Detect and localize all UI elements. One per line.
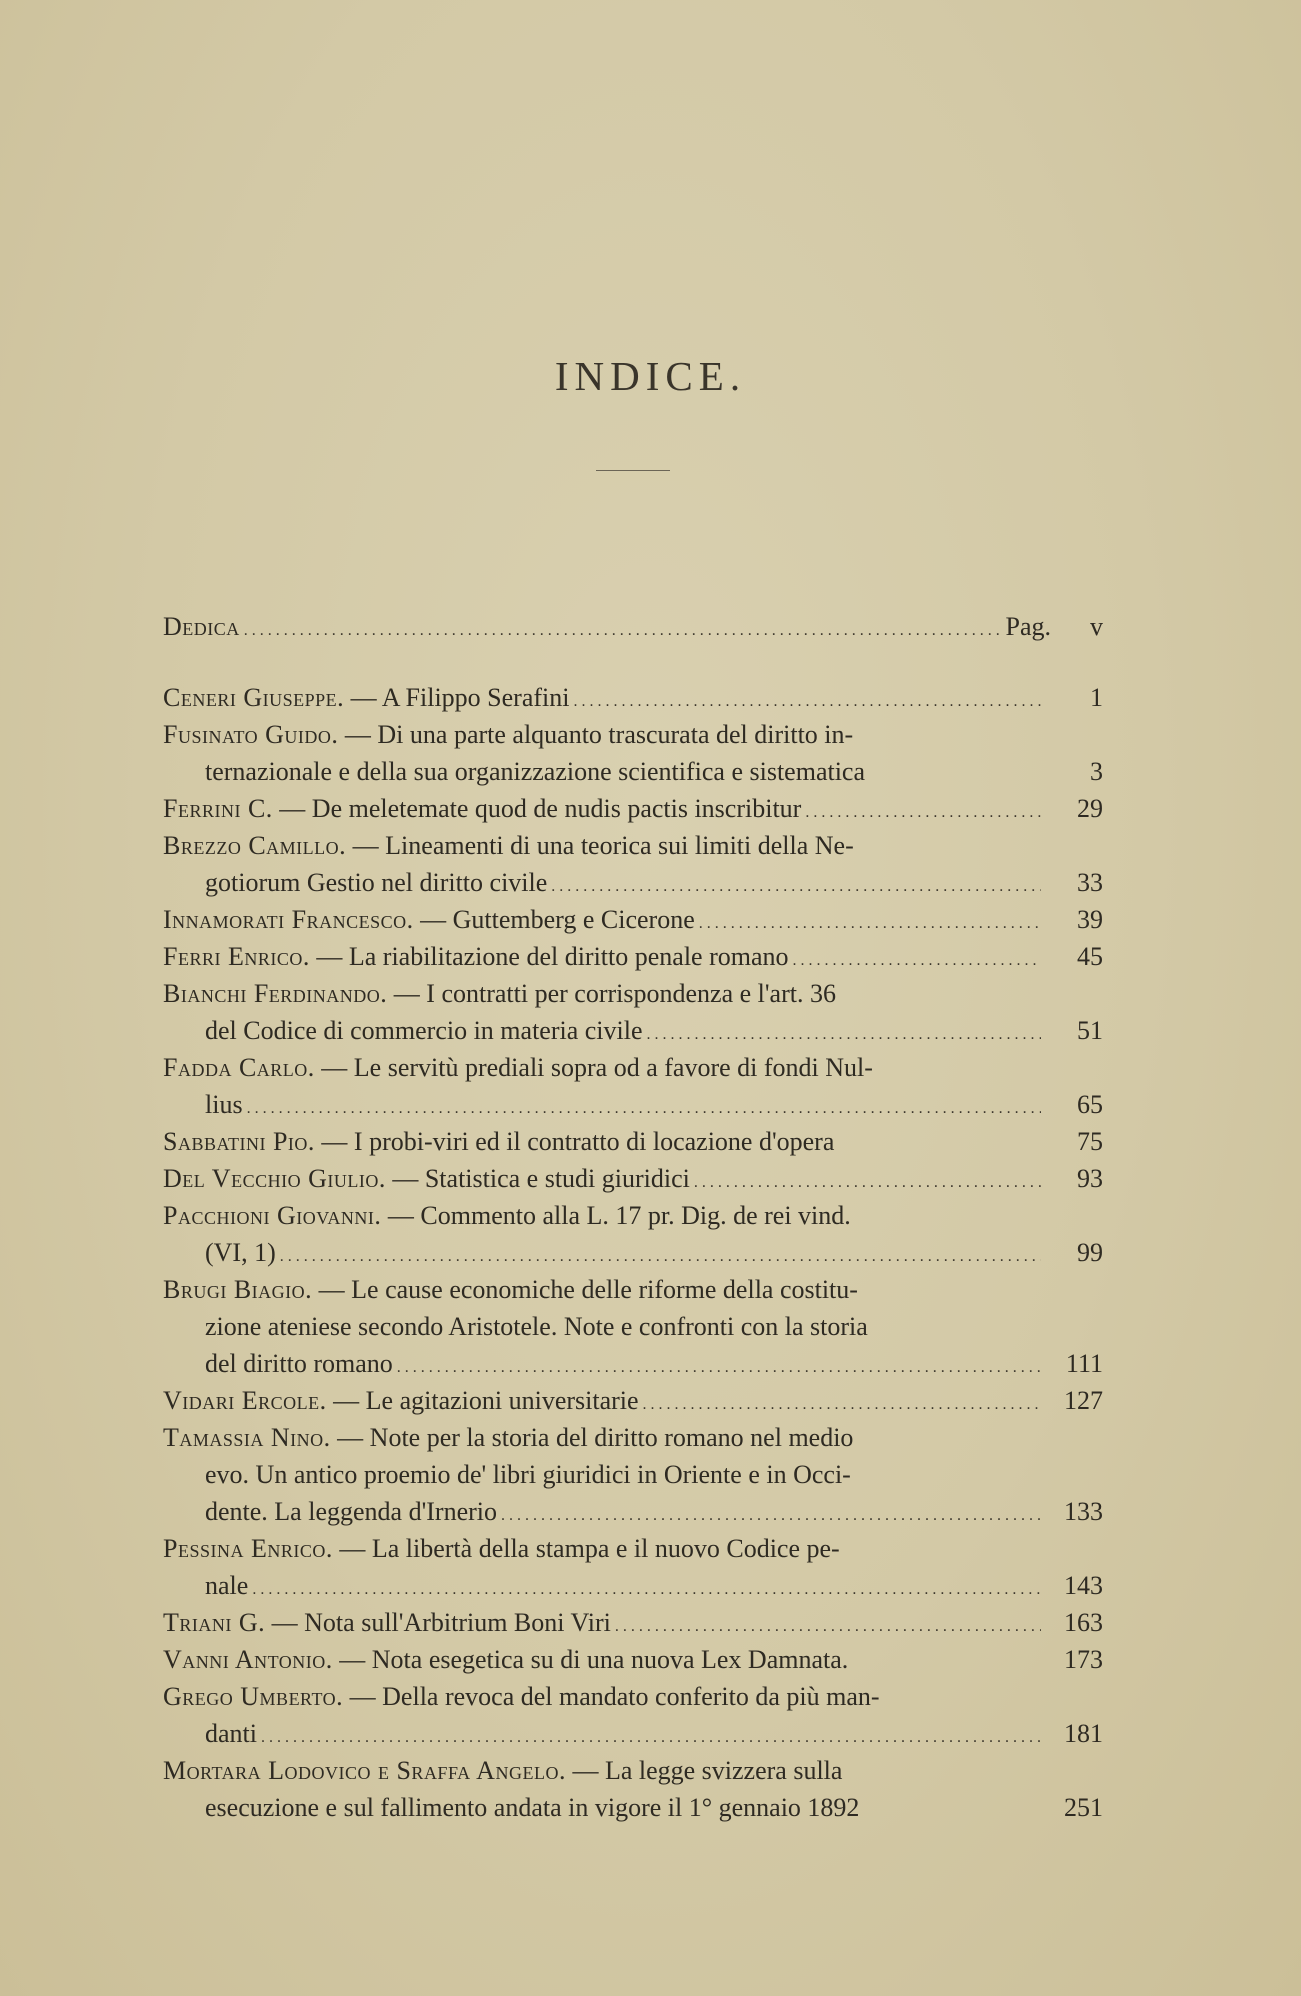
toc-entry-line: Fusinato Guido. — Di una parte alquanto … bbox=[163, 716, 1103, 753]
toc-entry-line: danti181 bbox=[163, 1715, 1103, 1752]
entry-author: Fadda Carlo. bbox=[163, 1053, 315, 1082]
page-number: 65 bbox=[1047, 1086, 1103, 1123]
leader-dots bbox=[647, 1012, 1041, 1053]
toc-entry-dedica: Dedica Pag. v bbox=[163, 608, 1103, 645]
toc-entry-line: Del Vecchio Giulio. — Statistica e studi… bbox=[163, 1160, 1103, 1197]
leader-dots bbox=[699, 901, 1041, 942]
entry-title: dente. La leggenda d'Irnerio bbox=[205, 1497, 497, 1526]
leader-dots bbox=[573, 679, 1041, 720]
entry-author: Ferrini C. bbox=[163, 794, 273, 823]
entry-author: Pacchioni Giovanni. bbox=[163, 1201, 381, 1230]
page-number: 51 bbox=[1047, 1012, 1103, 1049]
entry-title: — Commento alla L. 17 pr. Dig. de rei vi… bbox=[388, 1201, 851, 1230]
page-number: 3 bbox=[1047, 753, 1103, 790]
page-number: 1 bbox=[1047, 679, 1103, 716]
entry-title: — Note per la storia del diritto romano … bbox=[337, 1423, 853, 1452]
entry-author: Pessina Enrico. bbox=[163, 1534, 333, 1563]
page-number: 39 bbox=[1047, 901, 1103, 938]
entry-title: — La libertà della stampa e il nuovo Cod… bbox=[339, 1534, 839, 1563]
toc-entry-line: Sabbatini Pio. — I probi-viri ed il cont… bbox=[163, 1123, 1103, 1160]
entry-title: esecuzione e sul fallimento andata in vi… bbox=[205, 1793, 859, 1822]
entry-title: — Lineamenti di una teorica sui limiti d… bbox=[353, 831, 854, 860]
toc-entry-line: Vanni Antonio. — Nota esegetica su di un… bbox=[163, 1641, 1103, 1678]
entry-title: — Guttemberg e Cicerone bbox=[420, 905, 695, 934]
toc-entry-line: ternazionale e della sua organizzazione … bbox=[163, 753, 1103, 790]
page-number: 93 bbox=[1047, 1160, 1103, 1197]
toc-entry-line: nale143 bbox=[163, 1567, 1103, 1604]
entry-author: Grego Umberto. bbox=[163, 1682, 343, 1711]
page-title: INDICE. bbox=[0, 352, 1301, 400]
entry-author: Ceneri Giuseppe. bbox=[163, 683, 344, 712]
leader-dots bbox=[694, 1160, 1041, 1201]
entry-author: Mortara Lodovico e Sraffa Angelo. bbox=[163, 1756, 566, 1785]
leader-dots bbox=[280, 1234, 1041, 1275]
toc-entry-line: Bianchi Ferdinando. — I contratti per co… bbox=[163, 975, 1103, 1012]
leader-dots bbox=[501, 1493, 1041, 1534]
entry-title: — Le agitazioni universitarie bbox=[333, 1386, 638, 1415]
entry-title: — Statistica e studi giuridici bbox=[392, 1164, 690, 1193]
toc-entry-line: del Codice di commercio in materia civil… bbox=[163, 1012, 1103, 1049]
leader-dots bbox=[247, 1086, 1041, 1127]
toc-entry-line: Grego Umberto. — Della revoca del mandat… bbox=[163, 1678, 1103, 1715]
entry-title: — La legge svizzera sulla bbox=[572, 1756, 842, 1785]
entry-author: Brezzo Camillo. bbox=[163, 831, 346, 860]
entry-author: Sabbatini Pio. bbox=[163, 1127, 315, 1156]
page-number: 181 bbox=[1047, 1715, 1103, 1752]
entry-author: Ferri Enrico. bbox=[163, 942, 310, 971]
entry-title: — Della revoca del mandato conferito da … bbox=[350, 1682, 880, 1711]
toc-entry-line: Tamassia Nino. — Note per la storia del … bbox=[163, 1419, 1103, 1456]
toc-entry-line: evo. Un antico proemio de' libri giuridi… bbox=[163, 1456, 1103, 1493]
page-number: 173 bbox=[1047, 1641, 1103, 1678]
entry-author: Triani G. bbox=[163, 1608, 265, 1637]
pag-label: Pag. bbox=[1006, 608, 1052, 645]
entry-title: — A Filippo Serafini bbox=[351, 683, 570, 712]
leader-dots bbox=[244, 608, 1000, 649]
leader-dots bbox=[615, 1604, 1041, 1645]
page-number: 111 bbox=[1047, 1345, 1103, 1382]
page-number: 45 bbox=[1047, 938, 1103, 975]
toc-entry-line: Pessina Enrico. — La libertà della stamp… bbox=[163, 1530, 1103, 1567]
entry-title: — I contratti per corrispondenza e l'art… bbox=[394, 979, 836, 1008]
entry-title: zione ateniese secondo Aristotele. Note … bbox=[205, 1312, 868, 1341]
entry-author: Vanni Antonio. bbox=[163, 1645, 333, 1674]
entry-author: Vidari Ercole. bbox=[163, 1386, 327, 1415]
page-number: 29 bbox=[1047, 790, 1103, 827]
toc-entry-line: Vidari Ercole. — Le agitazioni universit… bbox=[163, 1382, 1103, 1419]
entry-title: evo. Un antico proemio de' libri giuridi… bbox=[205, 1460, 851, 1489]
leader-dots bbox=[793, 938, 1041, 979]
leader-dots bbox=[397, 1345, 1041, 1386]
page-number: v bbox=[1081, 608, 1103, 645]
toc-entry-line: dente. La leggenda d'Irnerio133 bbox=[163, 1493, 1103, 1530]
toc-entry-line: (VI, 1)99 bbox=[163, 1234, 1103, 1271]
page-number: 143 bbox=[1047, 1567, 1103, 1604]
entry-title: — Di una parte alquanto trascurata del d… bbox=[345, 720, 853, 749]
entry-title: — I probi-viri ed il contratto di locazi… bbox=[321, 1127, 834, 1156]
toc-entry-line: Ferri Enrico. — La riabilitazione del di… bbox=[163, 938, 1103, 975]
toc-entry-line: Brezzo Camillo. — Lineamenti di una teor… bbox=[163, 827, 1103, 864]
entry-title: lius bbox=[205, 1090, 243, 1119]
toc-entry-line: Brugi Biagio. — Le cause economiche dell… bbox=[163, 1271, 1103, 1308]
table-of-contents: Dedica Pag. v Ceneri Giuseppe. — A Filip… bbox=[163, 608, 1103, 1826]
entry-author: Innamorati Francesco. bbox=[163, 905, 414, 934]
page-number: 33 bbox=[1047, 864, 1103, 901]
entry-title: (VI, 1) bbox=[205, 1238, 276, 1267]
toc-entry-line: gotiorum Gestio nel diritto civile33 bbox=[163, 864, 1103, 901]
entry-author: Fusinato Guido. bbox=[163, 720, 338, 749]
toc-entry-line: del diritto romano111 bbox=[163, 1345, 1103, 1382]
entry-title: danti bbox=[205, 1719, 257, 1748]
dedica-label: Dedica bbox=[163, 608, 240, 645]
page-number: 75 bbox=[1047, 1123, 1103, 1160]
page-number: 99 bbox=[1047, 1234, 1103, 1271]
entry-title: del Codice di commercio in materia civil… bbox=[205, 1016, 643, 1045]
entry-author: Bianchi Ferdinando. bbox=[163, 979, 387, 1008]
toc-entry-line: Pacchioni Giovanni. — Commento alla L. 1… bbox=[163, 1197, 1103, 1234]
leader-dots bbox=[805, 790, 1041, 831]
entry-title: — Le cause economiche delle riforme dell… bbox=[319, 1275, 858, 1304]
toc-entries: Ceneri Giuseppe. — A Filippo Serafini1Fu… bbox=[163, 679, 1103, 1826]
toc-entry-line: Mortara Lodovico e Sraffa Angelo. — La l… bbox=[163, 1752, 1103, 1789]
leader-dots bbox=[252, 1567, 1041, 1608]
toc-entry-line: Triani G. — Nota sull'Arbitrium Boni Vir… bbox=[163, 1604, 1103, 1641]
entry-title: gotiorum Gestio nel diritto civile bbox=[205, 868, 547, 897]
toc-entry-line: Ceneri Giuseppe. — A Filippo Serafini1 bbox=[163, 679, 1103, 716]
toc-entry-line: Innamorati Francesco. — Guttemberg e Cic… bbox=[163, 901, 1103, 938]
page-number: 251 bbox=[1047, 1789, 1103, 1826]
title-rule bbox=[596, 470, 670, 471]
entry-title: — Nota esegetica su di una nuova Lex Dam… bbox=[339, 1645, 848, 1674]
page-number: 133 bbox=[1047, 1493, 1103, 1530]
entry-title: — De meletemate quod de nudis pactis ins… bbox=[279, 794, 801, 823]
page-number: 127 bbox=[1047, 1382, 1103, 1419]
entry-title: — Nota sull'Arbitrium Boni Viri bbox=[272, 1608, 611, 1637]
entry-title: — Le servitù prediali sopra od a favore … bbox=[321, 1053, 873, 1082]
toc-entry-line: zione ateniese secondo Aristotele. Note … bbox=[163, 1308, 1103, 1345]
toc-entry-line: Fadda Carlo. — Le servitù prediali sopra… bbox=[163, 1049, 1103, 1086]
entry-author: Tamassia Nino. bbox=[163, 1423, 331, 1452]
entry-author: Del Vecchio Giulio. bbox=[163, 1164, 386, 1193]
page-number: 163 bbox=[1047, 1604, 1103, 1641]
leader-dots bbox=[261, 1715, 1041, 1756]
leader-dots bbox=[643, 1382, 1041, 1423]
entry-title: — La riabilitazione del diritto penale r… bbox=[316, 942, 788, 971]
entry-author: Brugi Biagio. bbox=[163, 1275, 312, 1304]
toc-entry-line: lius65 bbox=[163, 1086, 1103, 1123]
entry-title: nale bbox=[205, 1571, 248, 1600]
leader-dots bbox=[551, 864, 1041, 905]
entry-title: ternazionale e della sua organizzazione … bbox=[205, 757, 865, 786]
entry-title: del diritto romano bbox=[205, 1349, 393, 1378]
toc-entry-line: esecuzione e sul fallimento andata in vi… bbox=[163, 1789, 1103, 1826]
toc-entry-line: Ferrini C. — De meletemate quod de nudis… bbox=[163, 790, 1103, 827]
